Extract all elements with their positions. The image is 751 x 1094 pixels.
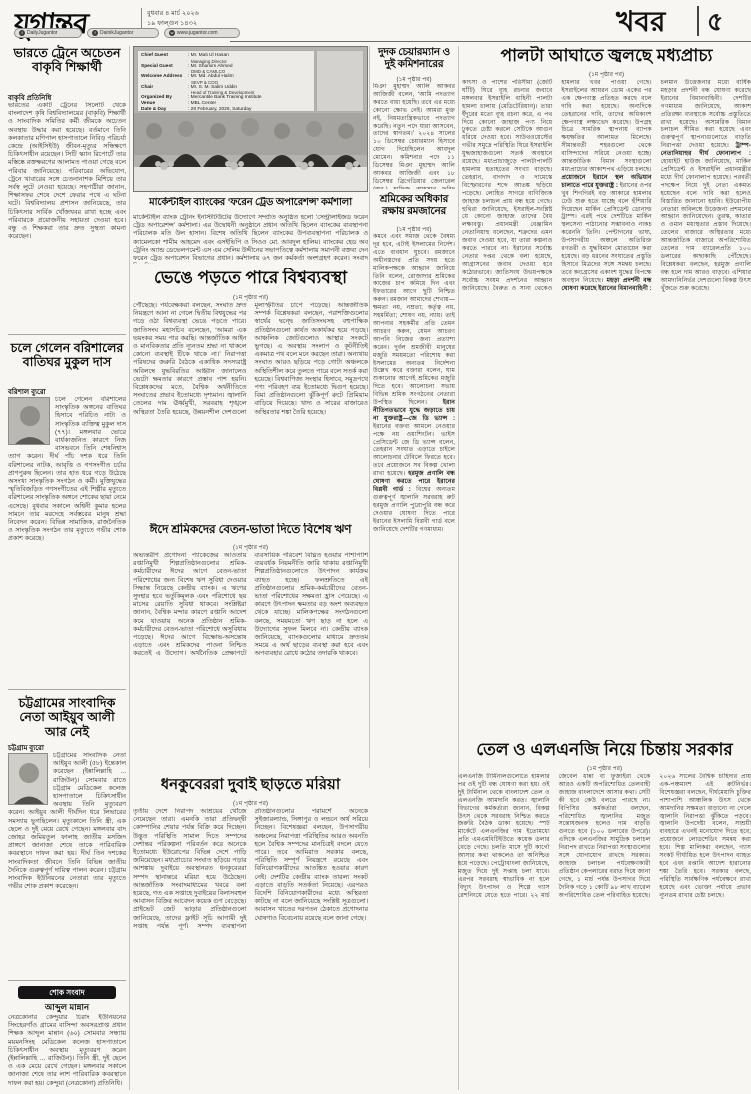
banner-label: Welcome Address — [141, 74, 188, 80]
article-body-workers: কমবে এবং সমাজ থেকে বৈষম্য দূর হবে, এটাই … — [373, 233, 455, 733]
obituary-name: আব্দুল মান্নান — [8, 1003, 126, 1013]
article-body: ভারতের একটি ট্রেনের সিলেটি থেকে বাংলাদেশ… — [8, 102, 126, 330]
headline-ayub-ali: চট্টগ্রামের সাংবাদিক নেতা আইয়ুব আলী আর … — [8, 696, 126, 739]
banner-label: Date & Day — [141, 107, 188, 113]
banner-row: Special Guest: Mr. Shamim Ahmed — [141, 64, 311, 70]
banner-row: Welcome Address: Mr. Md. Abdul Halim — [141, 74, 311, 80]
website-icon: w — [169, 30, 175, 36]
portrait-photo-mukul-das — [8, 397, 50, 445]
badge-facebook-2: f DainikJugantor — [87, 28, 159, 38]
newspaper-page: যুগান্তর বুধবার ৪ মার্চ ২০২৬ ১৯ ফাল্গুন … — [0, 0, 751, 1094]
jugantor-logo: যুগান্তর — [12, 2, 90, 49]
facebook-icon-2: f — [92, 30, 98, 36]
section-title: খবর — [616, 0, 665, 47]
column-rule-1 — [129, 46, 130, 1090]
headline-world-order: ভেঙে পড়তে পারে বিশ্বব্যবস্থা — [133, 268, 368, 288]
article-body-world-order: পৌঁছেছে। পর্যবেক্ষকরা বলছেন, সংঘাত দ্রুত… — [133, 302, 368, 516]
article-body-dubai: তৃতীয় দেশে নিরাপদ আশ্রয়ের খোঁজে নেমেছে… — [133, 808, 368, 1090]
article-text: হোয়াইট হাউজ জানিয়েছে, মার্কিন প্রেসিডে… — [661, 158, 751, 292]
event-banner: Chief Guest: Mr. Mati Ul Hasan Managing … — [137, 50, 315, 112]
badge-label: DainikJugantor — [100, 30, 133, 36]
article-body-oil-lng: এলএনজি টার্মিনালগুলোতে হামলার পর ওই দুটি… — [458, 773, 751, 1090]
article-text: বিশ্বের অন্যতম গুরুত্বপূর্ণ জ্বালানি সরব… — [373, 486, 455, 533]
headline-train-student: ভারতে ট্রেনে অচেতন বাকৃবি শিক্ষার্থী — [8, 46, 126, 75]
article-divider — [8, 334, 126, 335]
banner-row: Chief Guest: Mr. Mati Ul Hasan — [141, 53, 311, 59]
section-divider — [697, 6, 699, 36]
photo-caption-headline: মার্কেন্টাইল ব্যাংকের ‘ফরেন ট্রেড অপারেশ… — [133, 197, 368, 209]
article-text: ইরানের ওপর খুব শিগগিরই বড় আকারে হামলার … — [561, 182, 651, 284]
article-text: চলমান উত্তেজনার মধ্যে বার্ষিক মহড়ার প্র… — [661, 79, 751, 149]
banner-label: Special Guest — [141, 64, 188, 70]
banner-label: Chair — [141, 85, 188, 91]
article-body: চট্টগ্রামের সাংবাদিক নেতা আইয়ুব আলী (৫৮… — [8, 752, 126, 978]
badge-website: w www.jugantor.com — [164, 28, 240, 38]
obituary-body: নেত্রকোনার কেন্দুয়ার চিরাং ইউনিয়নের সি… — [8, 1014, 126, 1090]
article-divider — [8, 980, 126, 981]
badge-label: DailyJugantor — [27, 30, 58, 36]
stage-backdrop — [316, 50, 364, 112]
headline-oil-lng: তেল ও এলএনজি নিয়ে চিন্তায় সরকার — [458, 740, 751, 760]
article-body-acc: মিঞা মুহাম্মদ আলি আকবর আজিজী বলেন, ‘আমি … — [373, 83, 455, 189]
banner-value: : Mr. Md. Abdul Halim — [188, 74, 311, 80]
photo-caption-body: মার্কেন্টাইল ব্যাংক ট্রেনিং ইনস্টিটিউটের… — [133, 214, 368, 264]
headline-eid-loan: ঈদে শ্রমিকদের বেতন-ভাতা দিতে বিশেষ ঋণ — [133, 523, 368, 537]
banner-label: Chief Guest — [141, 53, 188, 59]
obituary-box-header: শোক সংবাদ — [18, 986, 116, 999]
article-divider — [8, 689, 126, 690]
article-body-middle-east: কাৎসা ও পাশের পরিসীমা (জেটি ঘাঁটি) ঘিরে … — [462, 79, 751, 735]
article-body: চলে গেলেন বরিশালের সাংস্কৃতিক অঙ্গনের বা… — [8, 396, 126, 684]
facebook-icon: f — [19, 30, 25, 36]
article-text: কমবে এবং সমাজ থেকে বৈষম্য দূর হবে, এটাই … — [373, 233, 455, 406]
headline-middle-east: পালটা আঘাতে জ্বলছে মধ্যপ্রাচ্য — [462, 46, 751, 66]
headline-acc-chairman: দুদক চেয়ারম্যান ও দুই কমিশনারের — [373, 46, 455, 70]
badge-label: www.jugantor.com — [177, 30, 218, 36]
article-body-eid-loan: অভ্যন্তরীণ প্রণোদনা প্যাকেজের আওতায় রপ্… — [133, 552, 368, 764]
headline-mukul-das: চলে গেলেন বরিশালের বাতিঘর মুকুল দাস — [8, 341, 126, 370]
banner-value: : Mr. Mati Ul Hasan — [188, 53, 311, 59]
column-rule-2 — [369, 46, 370, 768]
page-number: ৫ — [707, 2, 723, 45]
badge-facebook: f DailyJugantor — [14, 28, 82, 38]
banner-row: Date & Day: 28 February, 2026, Saturday — [141, 107, 311, 113]
headline-workers-rights: শ্রমিকের অধিকার রক্ষায় রমজানের — [373, 193, 455, 217]
workshop-group-photo: Chief Guest: Mr. Mati Ul Hasan Managing … — [133, 46, 368, 192]
portrait-photo-ayub-ali — [8, 753, 48, 805]
banner-value: : 28 February, 2026, Saturday — [188, 107, 311, 113]
headline-dubai: ধনকুবেররা দুবাই ছাড়তে মরিয়া — [133, 776, 368, 793]
header-rule — [230, 41, 751, 42]
